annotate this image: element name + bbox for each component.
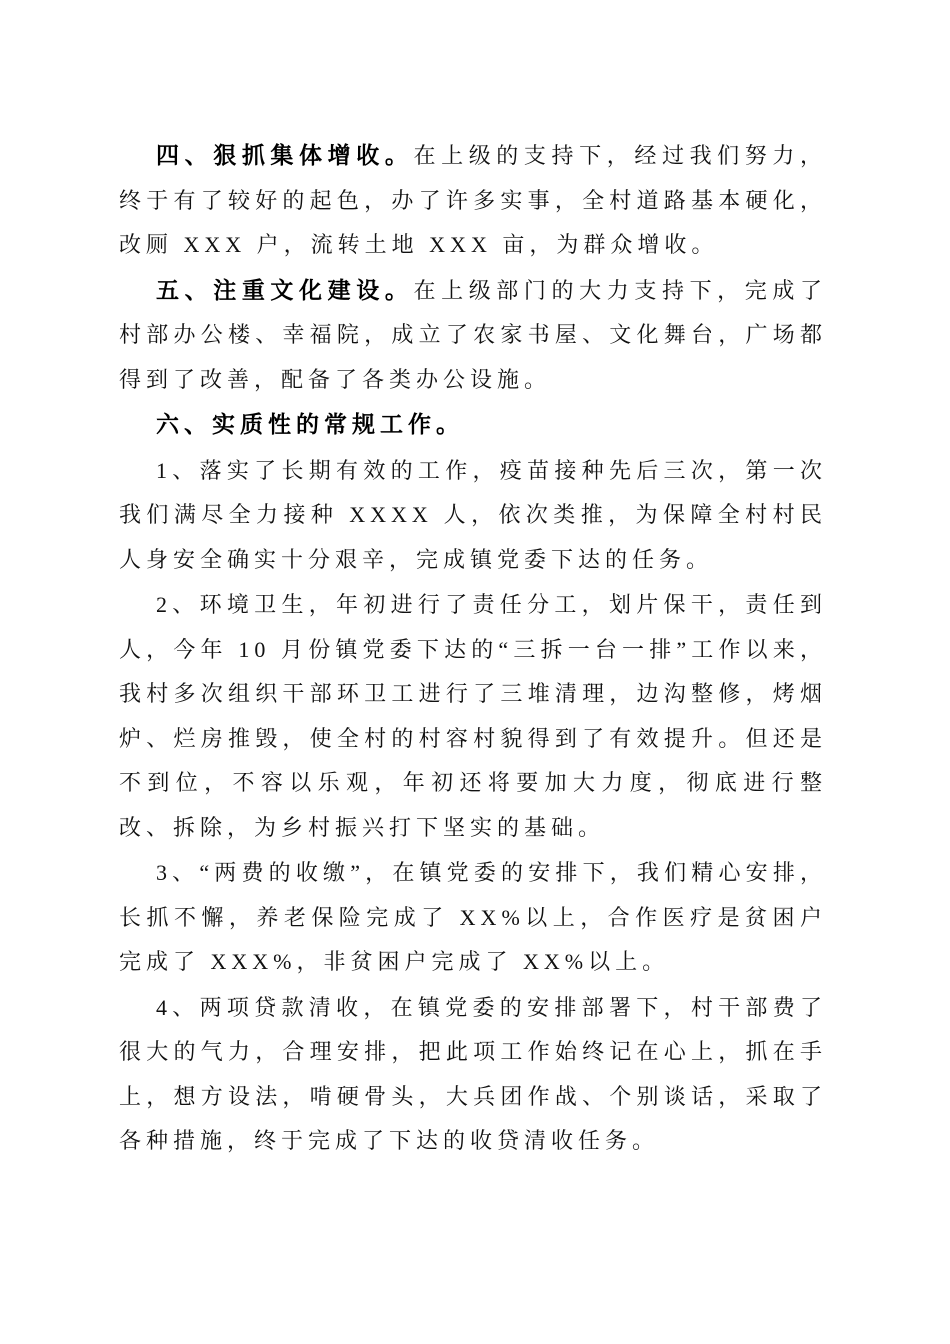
paragraph: 1、落实了长期有效的工作，疫苗接种先后三次，第一次我们满尽全力接种 XXXX 人… [119, 448, 827, 583]
section-heading: 四、狠抓集体增收。 [156, 142, 413, 168]
paragraph-text: 2、环境卫生，年初进行了责任分工，划片保干，责任到人，今年 10 月份镇党委下达… [119, 592, 827, 840]
paragraph-text: 1、落实了长期有效的工作，疫苗接种先后三次，第一次我们满尽全力接种 XXXX 人… [119, 458, 827, 572]
paragraph: 六、实质性的常规工作。 [119, 402, 827, 448]
paragraph: 2、环境卫生，年初进行了责任分工，划片保干，责任到人，今年 10 月份镇党委下达… [119, 582, 827, 850]
document-page: 四、狠抓集体增收。在上级的支持下，经过我们努力，终于有了较好的起色，办了许多实事… [0, 0, 950, 1344]
document-body: 四、狠抓集体增收。在上级的支持下，经过我们努力，终于有了较好的起色，办了许多实事… [119, 133, 827, 1164]
paragraph-text: 4、两项贷款清收，在镇党委的安排部署下，村干部费了很大的气力，合理安排，把此项工… [119, 995, 827, 1154]
paragraph: 四、狠抓集体增收。在上级的支持下，经过我们努力，终于有了较好的起色，办了许多实事… [119, 133, 827, 268]
paragraph: 4、两项贷款清收，在镇党委的安排部署下，村干部费了很大的气力，合理安排，把此项工… [119, 985, 827, 1164]
section-heading: 六、实质性的常规工作。 [156, 411, 464, 437]
section-heading: 五、注重文化建设。 [156, 277, 413, 303]
paragraph-text: 3、“两费的收缴”，在镇党委的安排下，我们精心安排，长抓不懈，养老保险完成了 X… [119, 860, 827, 974]
paragraph: 五、注重文化建设。在上级部门的大力支持下，完成了村部办公楼、幸福院，成立了农家书… [119, 268, 827, 403]
paragraph: 3、“两费的收缴”，在镇党委的安排下，我们精心安排，长抓不懈，养老保险完成了 X… [119, 850, 827, 985]
